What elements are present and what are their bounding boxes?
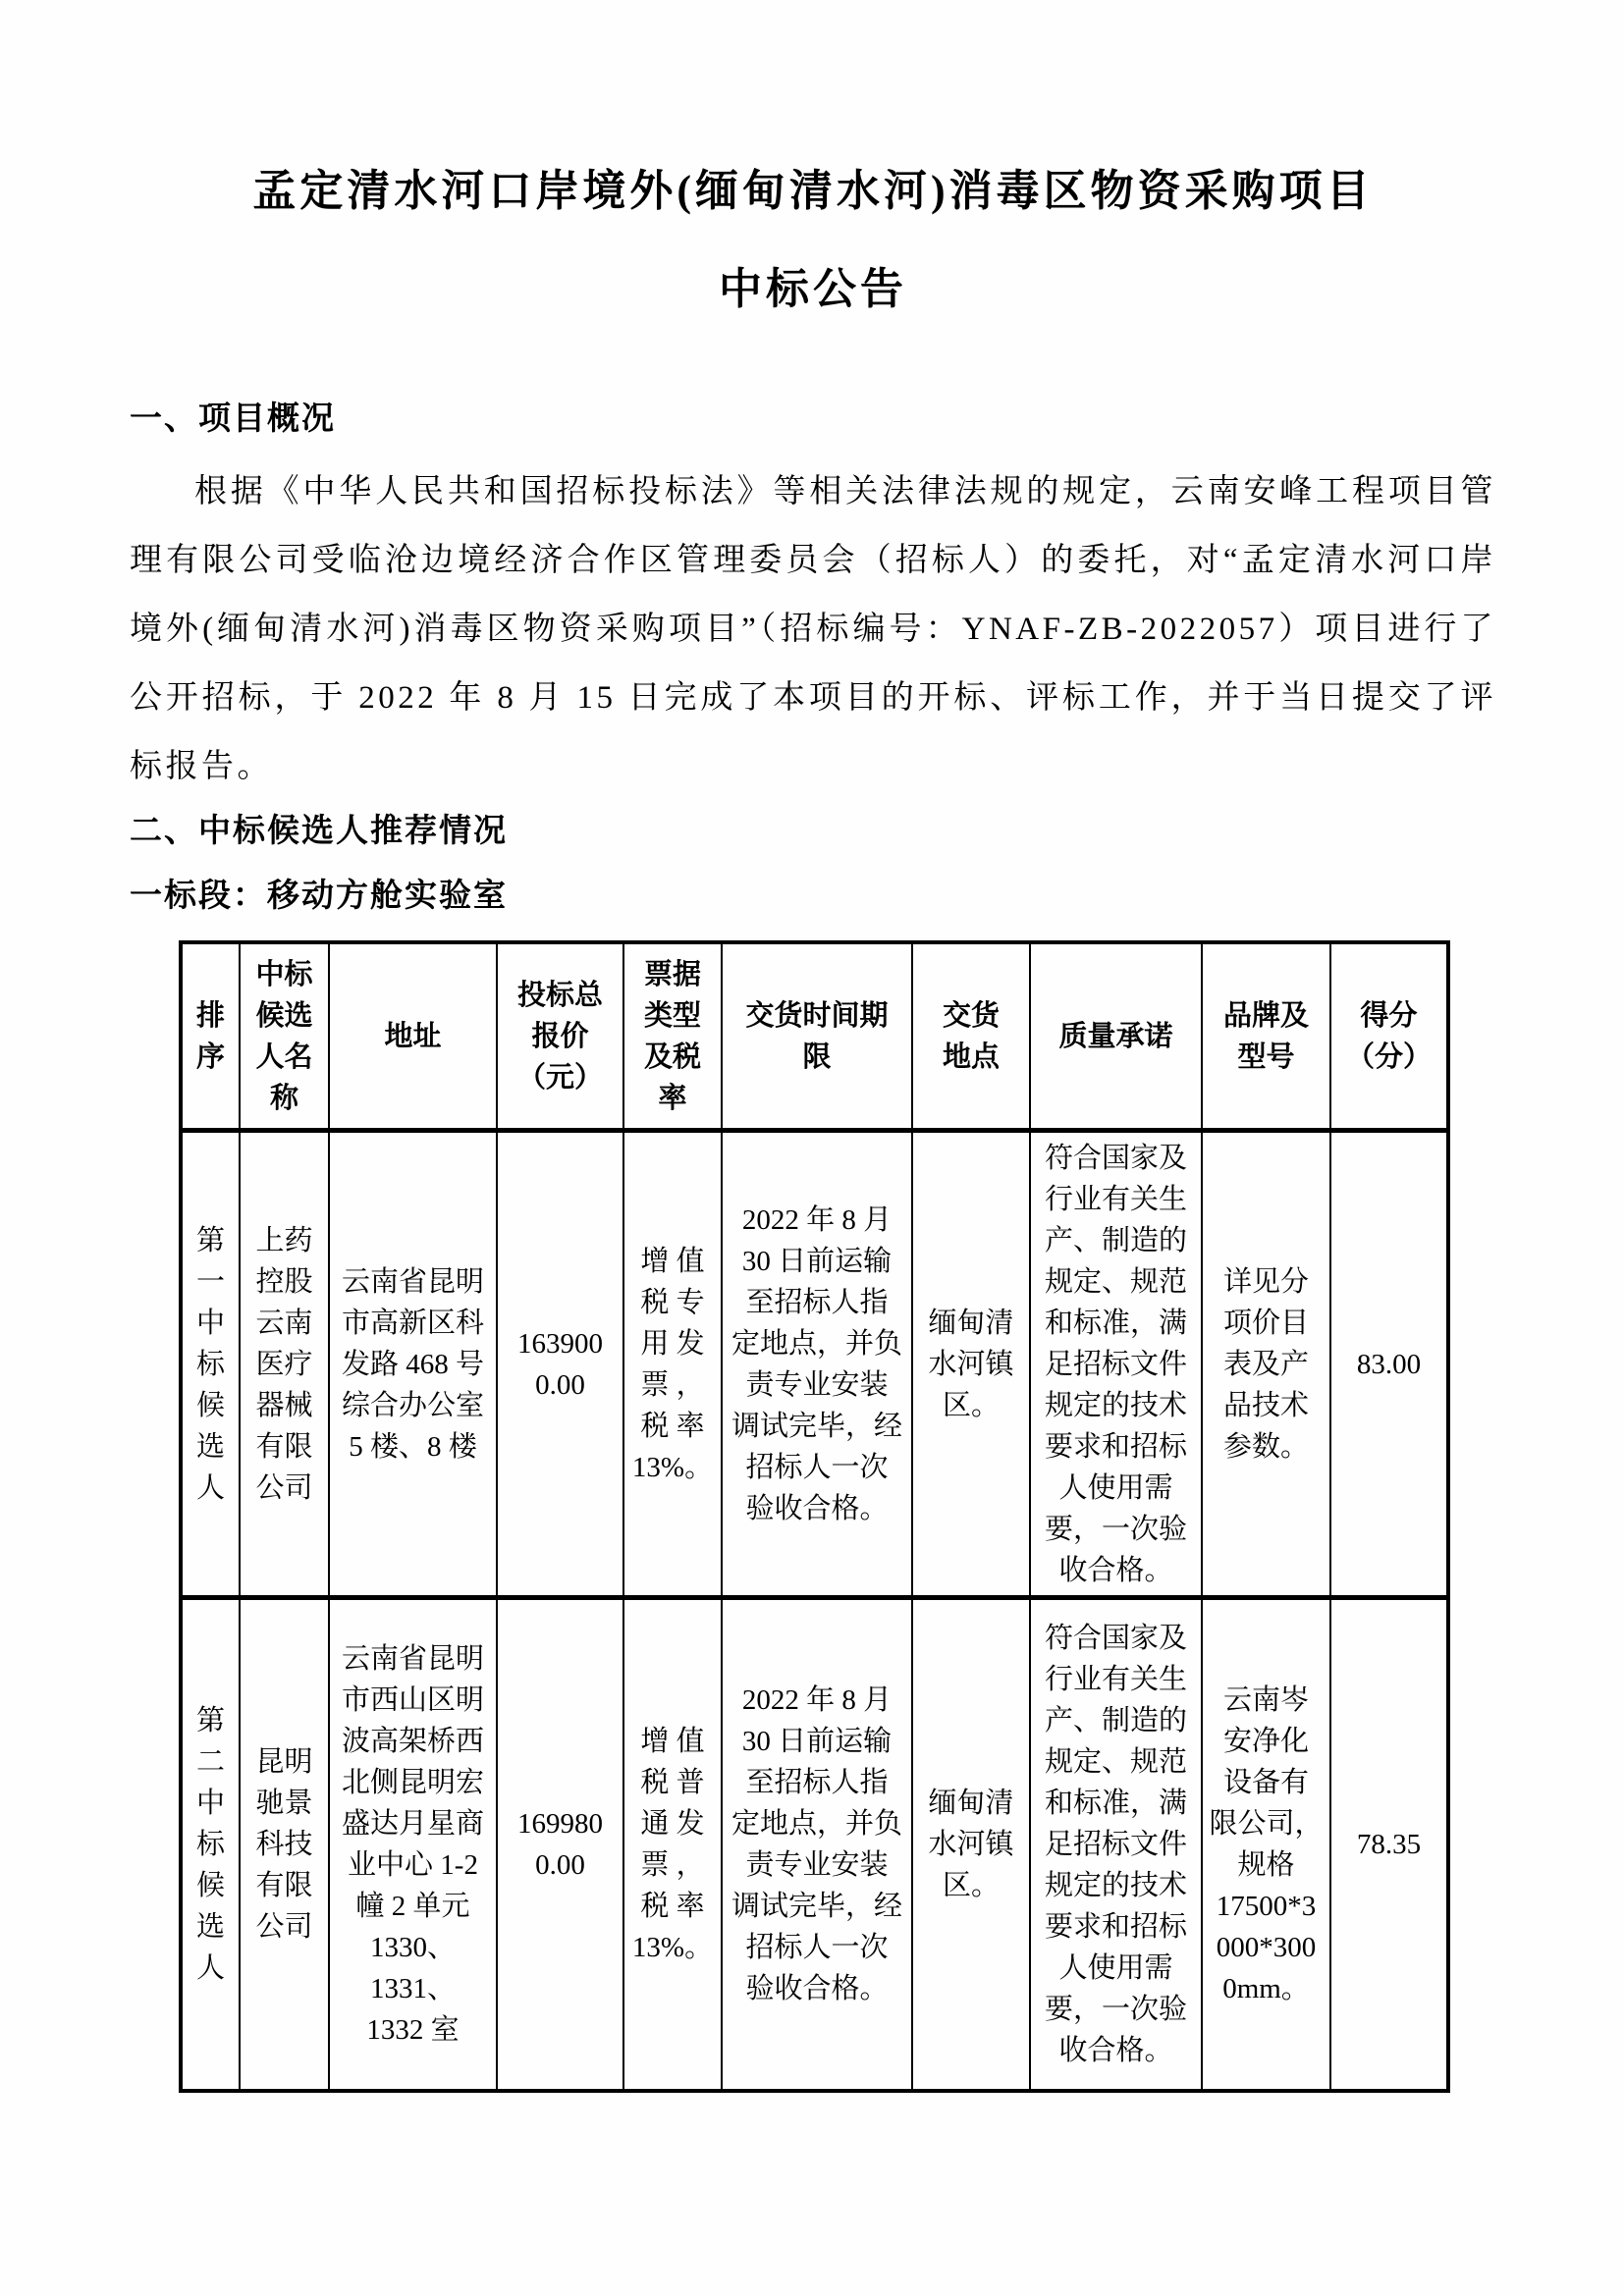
cell-delivery-time-1: 2022 年 8 月 30 日前运输 至招标人指 定地点，并负 责专业安装 调试… [722,1131,912,1598]
bid-candidates-table: 排序 中标 候选 人名 称 地址 投标总 报价 （元） 票据 类型 及税 率 交… [179,940,1450,2093]
header-cell-delivery-place: 交货 地点 [912,942,1030,1131]
cell-delivery-time-2: 2022 年 8 月 30 日前运输 至招标人指 定地点，并负 责专业安装 调试… [722,1598,912,2092]
section1-body-paragraph: 根据《中华人民共和国招标投标法》等相关法律法规的规定，云南安峰工程项目管理有限公… [130,457,1496,801]
cell-invoice-2: 增 值 税 普 通 发 票 ， 税 率 13%。 [623,1598,722,2092]
cell-quality-1: 符合国家及 行业有关生 产、制造的 规定、规范 和标准，满 足招标文件 规定的技… [1030,1131,1202,1598]
cell-invoice-1: 增 值 税 专 用 发 票 ， 税 率 13%。 [623,1131,722,1598]
header-cell-invoice-type: 票据 类型 及税 率 [623,942,722,1131]
document-title-line1: 孟定清水河口岸境外(缅甸清水河)消毒区物资采购项目 [130,165,1496,218]
header-cell-candidate-name: 中标 候选 人名 称 [240,942,329,1131]
cell-address-1: 云南省昆明 市高新区科 发路 468 号 综合办公室 5 楼、8 楼 [329,1131,497,1598]
cell-name-1: 上药 控股 云南 医疗 器械 有限 公司 [240,1131,329,1598]
cell-rank-1: 第 一 中 标 候 选 人 [181,1131,240,1598]
cell-score-2: 78.35 [1330,1598,1448,2092]
cell-bid-total-1: 163900 0.00 [497,1131,623,1598]
header-cell-delivery-time: 交货时间期 限 [722,942,912,1131]
cell-delivery-place-1: 缅甸清 水河镇 区。 [912,1131,1030,1598]
header-cell-score: 得分 （分） [1330,942,1448,1131]
header-cell-rank: 排序 [181,942,240,1131]
cell-bid-total-2: 169980 0.00 [497,1598,623,2092]
header-cell-address: 地址 [329,942,497,1131]
header-cell-bid-total: 投标总 报价 （元） [497,942,623,1131]
cell-rank-2: 第 二 中 标 候 选 人 [181,1598,240,2092]
cell-brand-1: 详见分 项价目 表及产 品技术 参数。 [1202,1131,1330,1598]
table-row-first-candidate: 第 一 中 标 候 选 人 上药 控股 云南 医疗 器械 有限 公司 云南省昆明… [181,1131,1448,1598]
cell-brand-2: 云南岑 安净化 设备有 限公司， 规格 17500*3 000*300 0mm。 [1202,1598,1330,2092]
document-title-line2: 中标公告 [130,263,1496,316]
section2-heading: 二、中标候选人推荐情况 [130,809,1496,854]
cell-name-2: 昆明 驰景 科技 有限 公司 [240,1598,329,2092]
table-row-second-candidate: 第 二 中 标 候 选 人 昆明 驰景 科技 有限 公司 云南省昆明 市西山区明… [181,1598,1448,2092]
document-page: 孟定清水河口岸境外(缅甸清水河)消毒区物资采购项目 中标公告 一、项目概况 根据… [0,0,1624,2296]
header-cell-quality-commitment: 质量承诺 [1030,942,1202,1131]
header-cell-brand-model: 品牌及 型号 [1202,942,1330,1131]
section1-heading: 一、项目概况 [130,397,1496,442]
table-header-row: 排序 中标 候选 人名 称 地址 投标总 报价 （元） 票据 类型 及税 率 交… [181,942,1448,1131]
cell-address-2: 云南省昆明 市西山区明 波高架桥西 北侧昆明宏 盛达月星商 业中心 1-2 幢 … [329,1598,497,2092]
cell-score-1: 83.00 [1330,1131,1448,1598]
lot-heading: 一标段：移动方舱实验室 [130,874,1496,919]
cell-quality-2: 符合国家及 行业有关生 产、制造的 规定、规范 和标准，满 足招标文件 规定的技… [1030,1598,1202,2092]
cell-delivery-place-2: 缅甸清 水河镇 区。 [912,1598,1030,2092]
